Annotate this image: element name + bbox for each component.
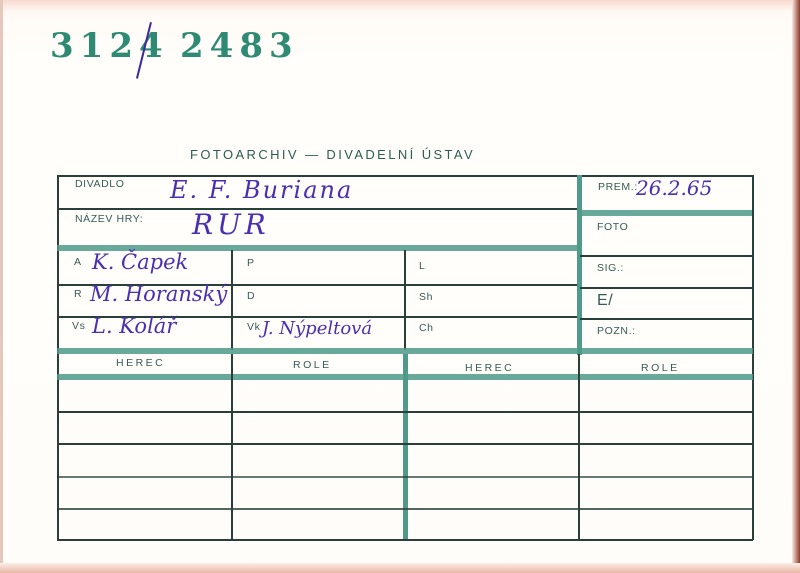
r-label: R bbox=[74, 288, 82, 300]
table-header-role-1: ROLE bbox=[293, 359, 332, 371]
table-row-line-2 bbox=[57, 443, 753, 445]
card-edge-right bbox=[792, 0, 800, 573]
l-label: L bbox=[419, 260, 425, 272]
inventory-number-right: 2483 bbox=[180, 26, 299, 66]
frame-bottom bbox=[57, 539, 753, 541]
divadlo-divider bbox=[57, 208, 577, 210]
a-value: K. Čapek bbox=[92, 250, 188, 274]
card-edge-bottom bbox=[0, 563, 800, 573]
d-label: D bbox=[247, 290, 255, 302]
inventory-number-left: 3124 bbox=[50, 26, 169, 66]
table-header-role-2: ROLE bbox=[641, 362, 680, 374]
e-label: E/ bbox=[597, 292, 613, 310]
ch-label: Ch bbox=[419, 322, 434, 334]
right-column-divider bbox=[577, 175, 582, 355]
foto-divider bbox=[580, 255, 752, 257]
table-col-divider-2 bbox=[403, 354, 408, 539]
vs-label: Vs bbox=[72, 320, 85, 332]
table-row-line-4 bbox=[57, 508, 753, 510]
nazev-value: RUR bbox=[192, 208, 270, 241]
frame-right bbox=[752, 175, 754, 540]
sig-label: SIG.: bbox=[597, 262, 624, 274]
table-header-herec-1: HEREC bbox=[116, 357, 165, 369]
credits-col-divider-2 bbox=[404, 250, 406, 350]
prem-label: PREM.: bbox=[598, 181, 638, 193]
card-edge-left bbox=[0, 0, 3, 573]
table-row-line-3 bbox=[57, 476, 753, 478]
divadlo-value: E. F. Buriana bbox=[170, 176, 353, 204]
divadlo-label: DIVADLO bbox=[75, 178, 125, 190]
photo-archive-card: 3124 2483 FOTOARCHIV — DIVADELNÍ ÚSTAV D… bbox=[0, 0, 800, 573]
pozn-label: POZN.: bbox=[597, 325, 636, 337]
sig-divider bbox=[580, 287, 752, 289]
nazev-label: NÁZEV HRY: bbox=[75, 213, 143, 225]
e-divider bbox=[580, 318, 752, 320]
r-value: M. Horanský bbox=[90, 282, 227, 306]
vk-label: Vk bbox=[247, 321, 260, 333]
frame-left bbox=[57, 175, 59, 540]
p-label: P bbox=[247, 257, 255, 269]
credits-col-divider-1 bbox=[231, 250, 233, 350]
archive-header: FOTOARCHIV — DIVADELNÍ ÚSTAV bbox=[190, 147, 475, 162]
sh-label: Sh bbox=[419, 291, 433, 303]
table-row-line-1 bbox=[57, 411, 753, 413]
a-label: A bbox=[74, 256, 82, 268]
prem-value: 26.2.65 bbox=[636, 176, 712, 200]
vk-value: J. Nýpeltová bbox=[262, 318, 372, 339]
table-col-divider-1 bbox=[231, 354, 233, 539]
table-col-divider-3 bbox=[578, 354, 580, 539]
vs-value: L. Kolář bbox=[92, 314, 176, 338]
prem-divider bbox=[580, 210, 752, 216]
table-header-herec-2: HEREC bbox=[465, 362, 514, 374]
foto-label: FOTO bbox=[597, 221, 628, 233]
